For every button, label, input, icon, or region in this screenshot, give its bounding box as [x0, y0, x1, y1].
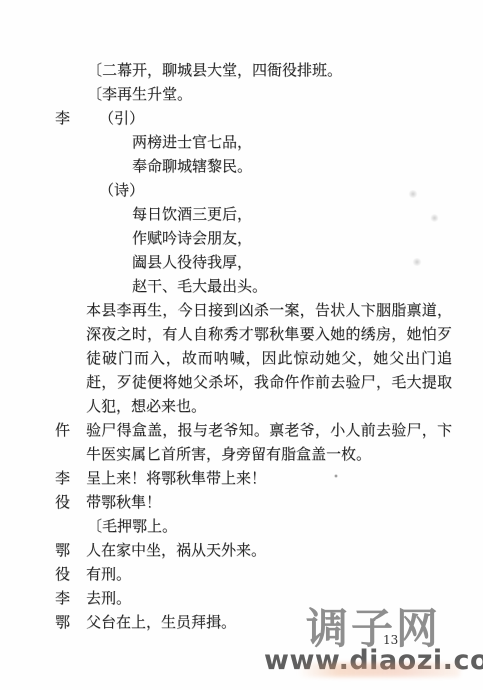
line-text: 去刑。: [86, 589, 131, 607]
line-text: 赵干、毛大最出头。: [132, 277, 267, 295]
speaker-label: 李: [55, 106, 70, 130]
speaker-label: 鄂: [55, 610, 70, 634]
line-text: （诗）: [99, 181, 144, 199]
line-text: 牛医实属匕首所害，身旁留有脂盒盖一枚。: [86, 445, 371, 463]
line-text: 两榜进士官七品，: [132, 133, 252, 151]
dialogue-line: 仵验尸得盒盖，报与老爷知。禀老爷，小人前去验尸，卞: [0, 418, 452, 442]
line-text: 带鄂秋隼！: [86, 493, 161, 511]
line-text: 人犯，想必来也。: [86, 397, 206, 415]
line-text: 呈上来！将鄂秋隼带上来！: [86, 469, 266, 487]
scan-speck: [412, 258, 422, 266]
dialogue-line: 役有刑。: [0, 562, 483, 586]
prose-line: 徒破门而入，故而呐喊，因此惊动她父，她父出门追: [0, 346, 452, 370]
line-text: 父台在上，生员拜揖。: [86, 613, 236, 631]
line-text: 每日饮酒三更后，: [132, 205, 252, 223]
speaker-label: 鄂: [55, 538, 70, 562]
dialogue-line: 李呈上来！将鄂秋隼带上来！: [0, 466, 483, 490]
scan-speck: [430, 214, 439, 222]
prose-line: 人犯，想必来也。: [0, 394, 483, 418]
prose-line: 赶，歹徒便将她父杀坏，我命仵作前去验尸，毛大提取: [0, 370, 452, 394]
speaker-label: 李: [55, 466, 70, 490]
verse-line: 作赋吟诗会朋友，: [0, 226, 483, 250]
line-text: 〔毛押鄂上。: [87, 517, 177, 535]
line-text: 〔李再生升堂。: [87, 85, 192, 103]
scan-speck: [408, 190, 418, 198]
prose-line: 本县李再生，今日接到凶杀一案，告状人卞胭脂禀道，: [0, 298, 452, 322]
speaker-label: 役: [55, 490, 70, 514]
line-text: 深夜之时，有人自称秀才鄂秋隼要入她的绣房，她怕歹: [86, 325, 452, 343]
scan-speck: [334, 474, 338, 478]
line-text: 作赋吟诗会朋友，: [132, 229, 252, 247]
stage-direction-line: 〔二幕开，聊城县大堂，四衙役排班。: [0, 58, 483, 82]
line-text: 奉命聊城辖黎民。: [132, 157, 252, 175]
line-text: （引）: [99, 109, 144, 127]
line-text: 阖县人役待我厚，: [132, 253, 252, 271]
scanned-script-page: 〔二幕开，聊城县大堂，四衙役排班。〔李再生升堂。李（引）两榜进士官七品，奉命聊城…: [0, 0, 483, 690]
speaker-label: 李: [55, 586, 70, 610]
verse-line: 赵干、毛大最出头。: [0, 274, 483, 298]
cue-line: 李（引）: [0, 106, 483, 130]
verse-line: 阖县人役待我厚，: [0, 250, 483, 274]
line-text: 徒破门而入，故而呐喊，因此惊动她父，她父出门追: [86, 349, 452, 367]
line-text: 〔二幕开，聊城县大堂，四衙役排班。: [87, 61, 342, 79]
stage-direction-line: 〔毛押鄂上。: [0, 514, 483, 538]
stage-direction-line: 〔李再生升堂。: [0, 82, 483, 106]
line-text: 赶，歹徒便将她父杀坏，我命仵作前去验尸，毛大提取: [86, 373, 452, 391]
watermark-site-name: 调子网: [306, 608, 441, 650]
line-text: 本县李再生，今日接到凶杀一案，告状人卞胭脂禀道，: [86, 301, 452, 319]
line-text: 人在家中坐，祸从天外来。: [86, 541, 266, 559]
script-text-block: 〔二幕开，聊城县大堂，四衙役排班。〔李再生升堂。李（引）两榜进士官七品，奉命聊城…: [0, 58, 483, 634]
faint-orange-watermark-residue: [298, 663, 460, 677]
dialogue-line: 役带鄂秋隼！: [0, 490, 483, 514]
line-text: 有刑。: [86, 565, 131, 583]
dialogue-line: 鄂人在家中坐，祸从天外来。: [0, 538, 483, 562]
speaker-label: 役: [55, 562, 70, 586]
verse-line: 奉命聊城辖黎民。: [0, 154, 483, 178]
prose-line: 牛医实属匕首所害，身旁留有脂盒盖一枚。: [0, 442, 483, 466]
line-text: 验尸得盒盖，报与老爷知。禀老爷，小人前去验尸，卞: [86, 421, 452, 439]
speaker-label: 仵: [55, 418, 70, 442]
verse-line: 每日饮酒三更后，: [0, 202, 483, 226]
verse-line: 两榜进士官七品，: [0, 130, 483, 154]
prose-line: 深夜之时，有人自称秀才鄂秋隼要入她的绣房，她怕歹: [0, 322, 452, 346]
